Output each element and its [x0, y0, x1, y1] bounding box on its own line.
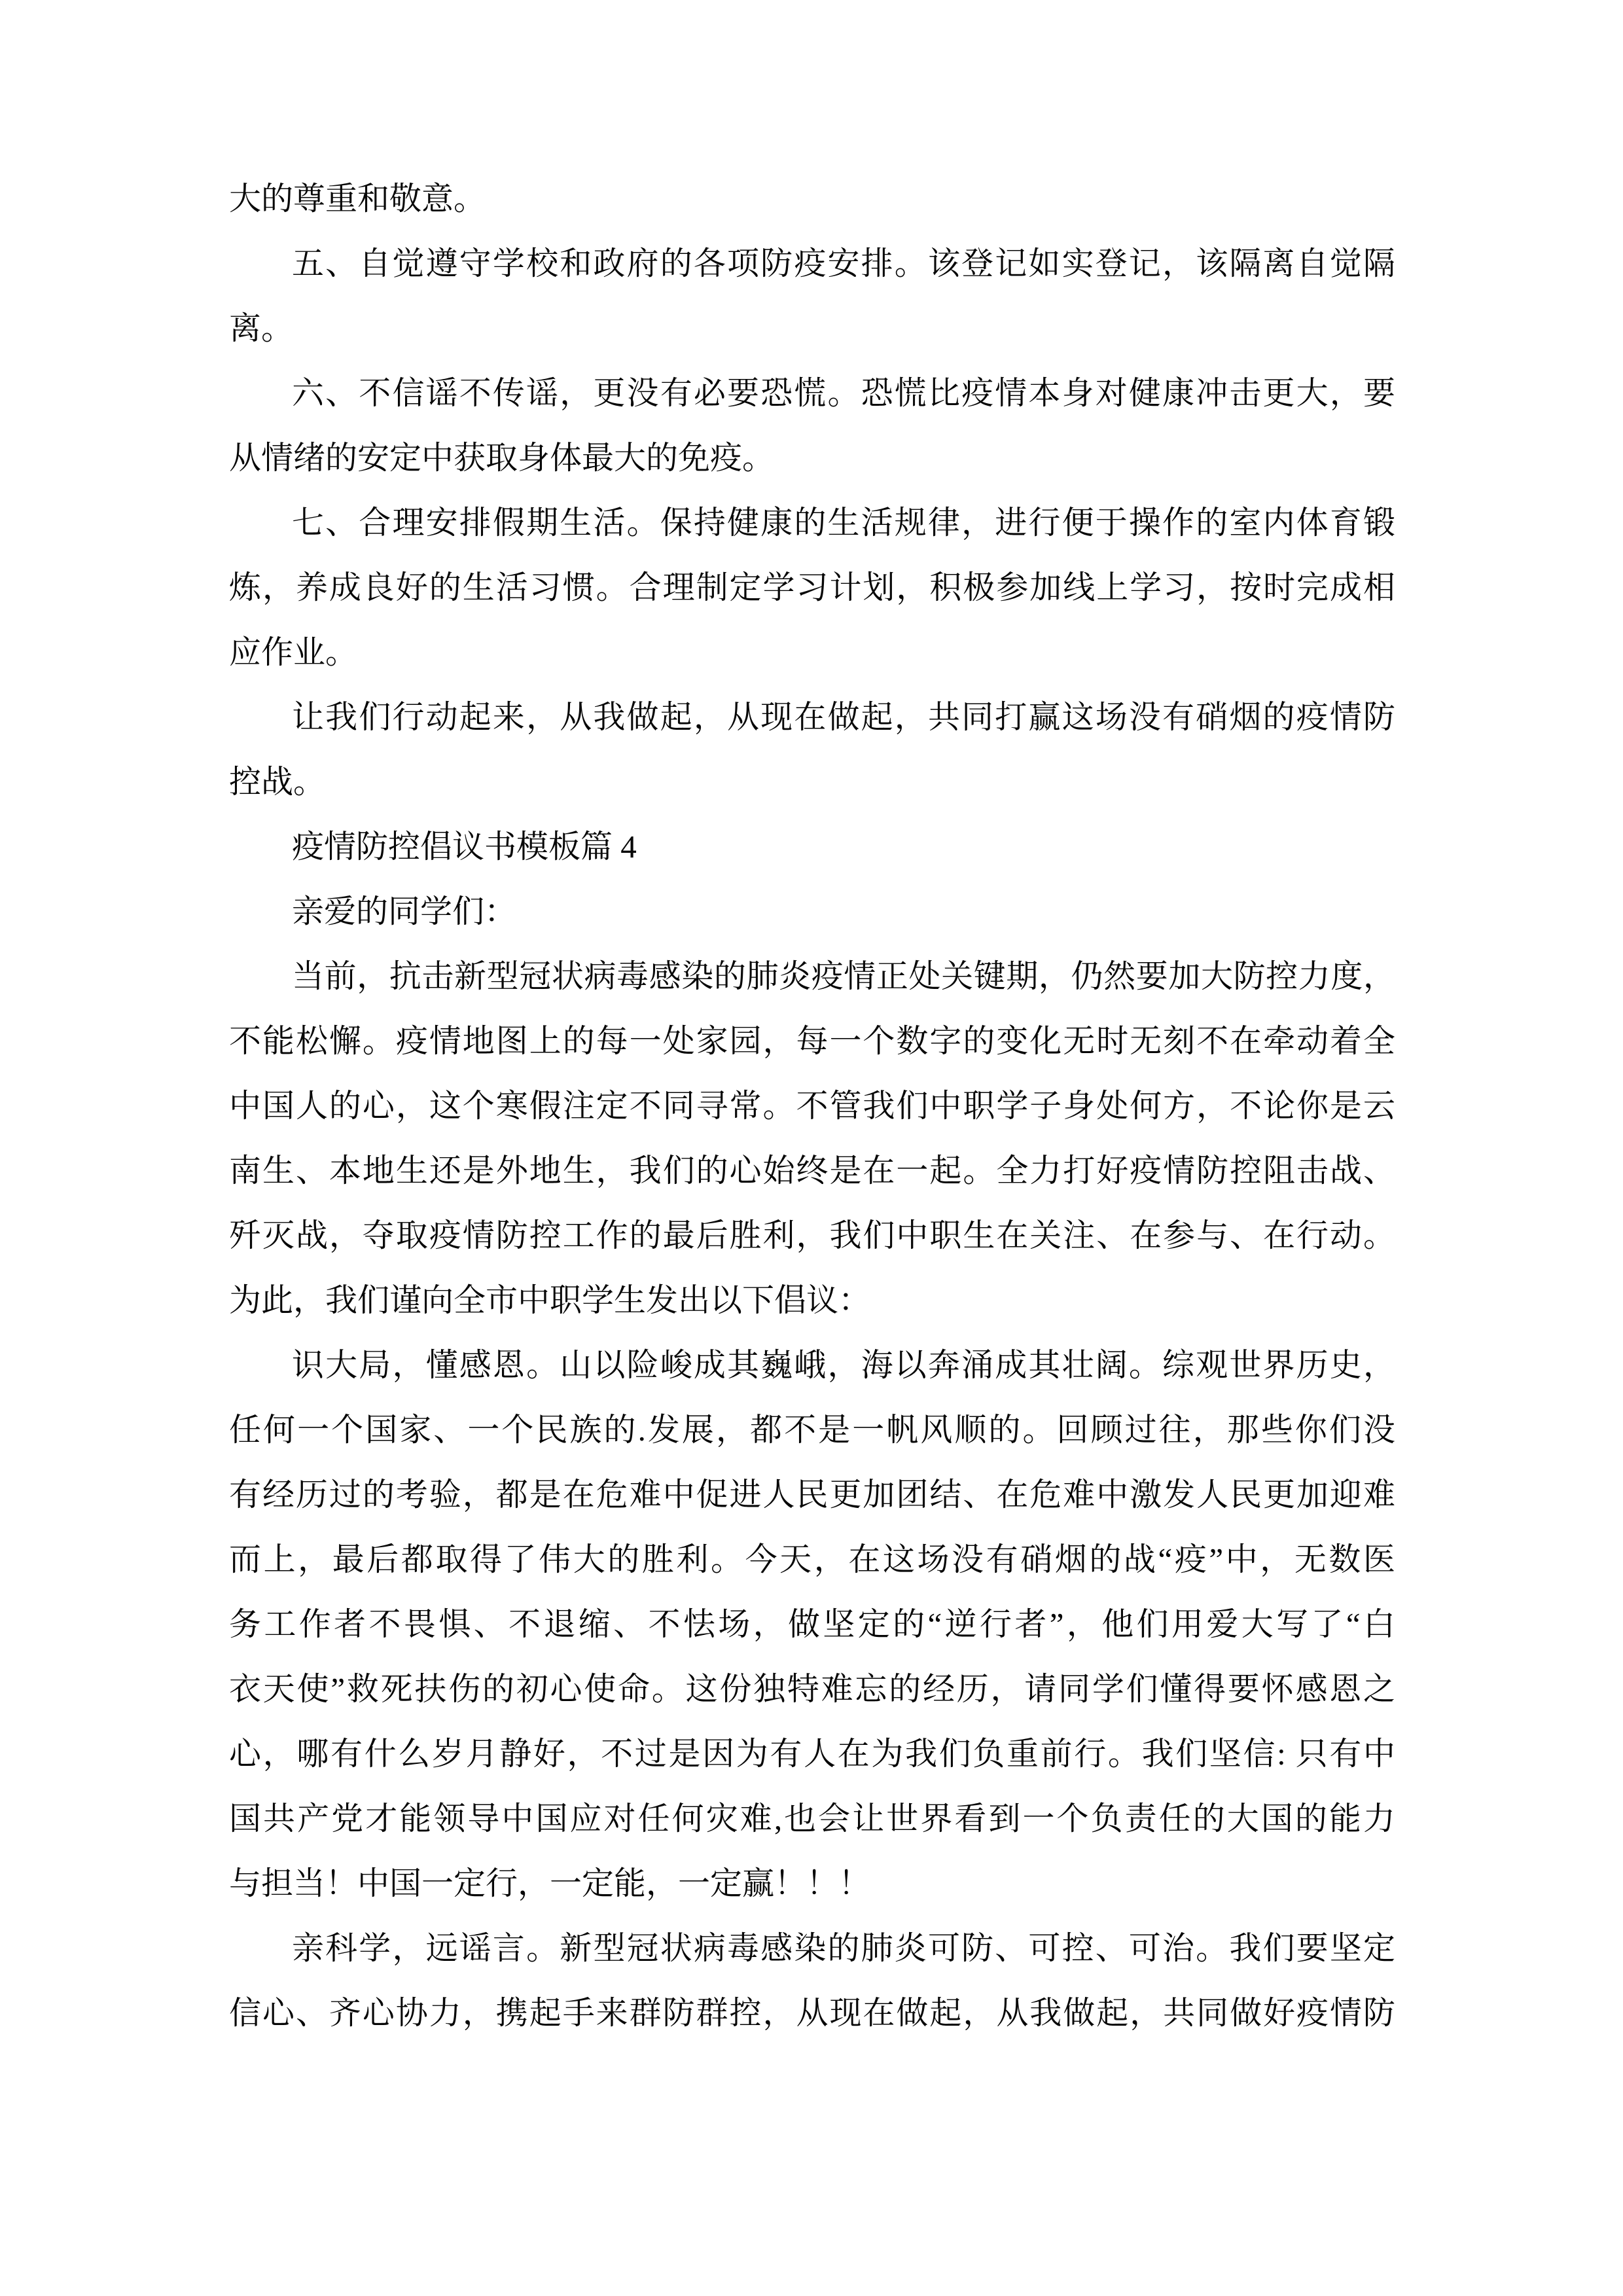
text-line: 识大局，懂感恩。山以险峻成其巍峨，海以奔涌成其壮阔。综观世界历史， — [229, 1333, 1395, 1397]
text-line: 疫情防控倡议书模板篇 4 — [229, 814, 1395, 879]
text-line: 亲科学，远谣言。新型冠状病毒感染的肺炎可防、可控、可治。我们要坚定 — [229, 1916, 1395, 1981]
text-line: 亲爱的同学们： — [229, 879, 1395, 944]
text-line: 衣天使”救死扶伤的初心使命。这份独特难忘的经历，请同学们懂得要怀感恩之 — [229, 1657, 1395, 1721]
text-line: 五、自觉遵守学校和政府的各项防疫安排。该登记如实登记，该隔离自觉隔 — [229, 231, 1395, 296]
text-line: 七、合理安排假期生活。保持健康的生活规律，进行便于操作的室内体育锻 — [229, 490, 1395, 555]
text-line: 国共产党才能领导中国应对任何灾难,也会让世界看到一个负责任的大国的能力 — [229, 1786, 1395, 1851]
text-line: 控战。 — [229, 749, 1395, 814]
document-page: 大的尊重和敬意。五、自觉遵守学校和政府的各项防疫安排。该登记如实登记，该隔离自觉… — [0, 0, 1623, 2296]
text-line: 离。 — [229, 296, 1395, 361]
text-line: 南生、本地生还是外地生，我们的心始终是在一起。全力打好疫情防控阻击战、 — [229, 1138, 1395, 1203]
text-line: 不能松懈。疫情地图上的每一处家园，每一个数字的变化无时无刻不在牵动着全 — [229, 1009, 1395, 1073]
text-line: 应作业。 — [229, 620, 1395, 685]
text-line: 有经历过的考验，都是在危难中促进人民更加团结、在危难中激发人民更加迎难 — [229, 1462, 1395, 1527]
document-body: 大的尊重和敬意。五、自觉遵守学校和政府的各项防疫安排。该登记如实登记，该隔离自觉… — [229, 166, 1395, 2045]
text-line: 炼，养成良好的生活习惯。合理制定学习计划，积极参加线上学习，按时完成相 — [229, 555, 1395, 620]
text-line: 从情绪的安定中获取身体最大的免疫。 — [229, 425, 1395, 490]
text-line: 中国人的心，这个寒假注定不同寻常。不管我们中职学子身处何方，不论你是云 — [229, 1073, 1395, 1138]
text-line: 六、不信谣不传谣，更没有必要恐慌。恐慌比疫情本身对健康冲击更大，要 — [229, 361, 1395, 425]
text-line: 歼灭战，夺取疫情防控工作的最后胜利，我们中职生在关注、在参与、在行动。 — [229, 1203, 1395, 1268]
text-line: 而上，最后都取得了伟大的胜利。今天，在这场没有硝烟的战“疫”中，无数医 — [229, 1527, 1395, 1592]
text-line: 为此，我们谨向全市中职学生发出以下倡议： — [229, 1268, 1395, 1333]
text-line: 心，哪有什么岁月静好，不过是因为有人在为我们负重前行。我们坚信: 只有中 — [229, 1721, 1395, 1786]
text-line: 务工作者不畏惧、不退缩、不怯场，做坚定的“逆行者”，他们用爱大写了“白 — [229, 1592, 1395, 1657]
text-line: 大的尊重和敬意。 — [229, 166, 1395, 231]
text-line: 与担当！中国一定行，一定能，一定赢！！！ — [229, 1851, 1395, 1916]
text-line: 任何一个国家、一个民族的.发展，都不是一帆风顺的。回顾过往，那些你们没 — [229, 1397, 1395, 1462]
text-line: 让我们行动起来，从我做起，从现在做起，共同打赢这场没有硝烟的疫情防 — [229, 685, 1395, 749]
text-line: 信心、齐心协力，携起手来群防群控，从现在做起，从我做起，共同做好疫情防 — [229, 1981, 1395, 2045]
text-line: 当前，抗击新型冠状病毒感染的肺炎疫情正处关键期，仍然要加大防控力度， — [229, 944, 1395, 1009]
